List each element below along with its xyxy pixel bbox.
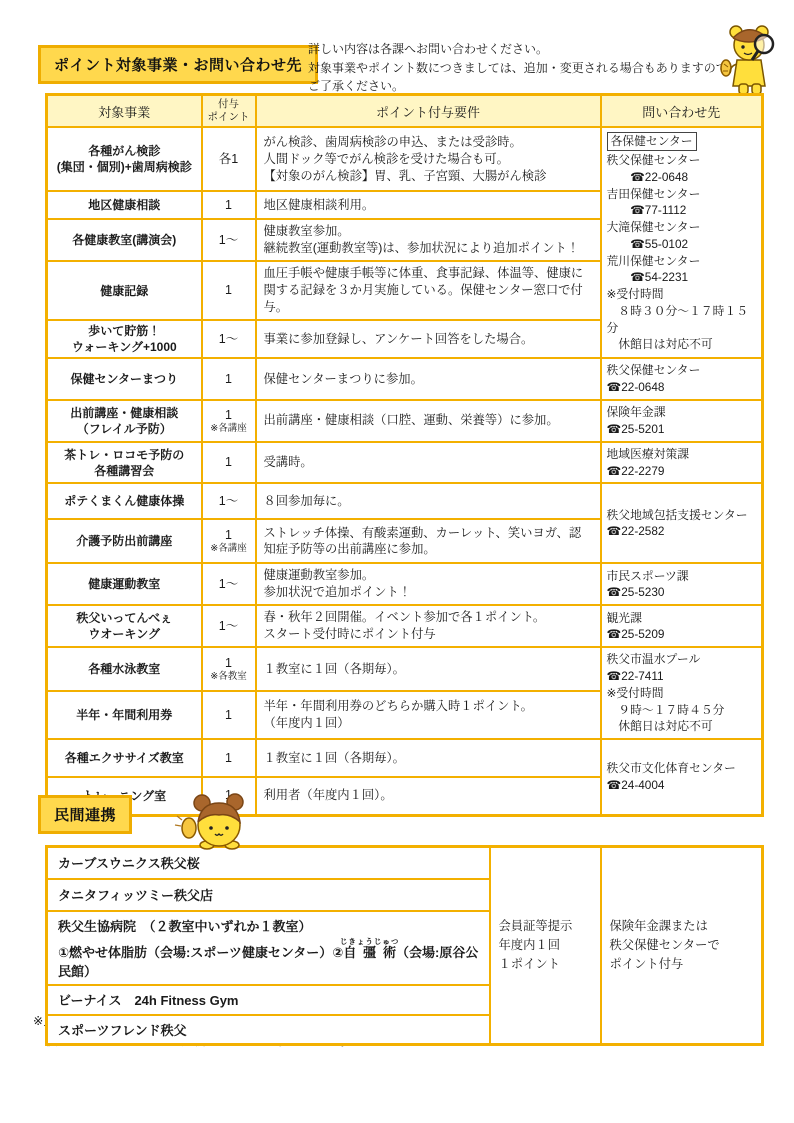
points-value: 1 [225,656,232,670]
points-cell: 1～ [202,219,256,261]
points-cell: 1 ※各講座 [202,400,256,442]
business-name: 茶トレ・ロコモ予防の 各種講習会 [47,442,202,484]
business-name: 各種エクササイズ教室 [47,739,202,777]
points-cell: 1 [202,739,256,777]
contact-cell: 市民スポーツ課 ☎25-5230 [601,563,763,605]
points-value: 1 [225,198,232,212]
partner-ruby-base: 自彊術 [340,945,399,960]
table-header-row: 対象事業 付与 ポイント ポイント付与要件 問い合わせ先 [47,95,763,128]
points-value: 1 [225,283,232,297]
section-title-private-partnership: 民間連携 [38,795,132,834]
partner-condition-cell: 会員証等提示 年度内１回 １ポイント [490,847,601,1045]
partner-name: ビーナイス 24h Fitness Gym [47,985,490,1015]
partner-detail-pre: ①燃やせ体脂肪（会場:スポーツ健康センター）② [58,945,343,960]
partner-name: タニタフィッツミー秩父店 [47,879,490,911]
business-name: 各種水泳教室 [47,647,202,691]
requirement-cell: がん検診、歯周病検診の申込、または受診時。 人間ドック等でがん検診を受けた場合も… [256,127,601,191]
business-name: 健康運動教室 [47,563,202,605]
requirement-cell: ８回参加毎に。 [256,483,601,519]
points-value: 1 [225,408,232,422]
requirement-cell: 健康教室参加。 継続教室(運動教室等)は、参加状況により追加ポイント！ [256,219,601,261]
points-cell: 1～ [202,605,256,647]
section-title-points-programs: ポイント対象事業・お問い合わせ先 [38,45,318,84]
partner-row: カーブスウニクス秩父桜 会員証等提示 年度内１回 １ポイント 保険年金課または … [47,847,763,879]
requirement-cell: １教室に１回（各期毎）。 [256,647,601,691]
table-row: 保健センターまつり 1 保健センターまつりに参加。 秩父保健センター ☎22-0… [47,358,763,400]
points-value: 1 [225,455,232,469]
col-header-points: 付与 ポイント [202,95,256,128]
points-cell: 1 [202,442,256,484]
requirement-cell: 地区健康相談利用。 [256,191,601,219]
points-cell: 1 [202,261,256,320]
table-row: ポテくまくん健康体操 1～ ８回参加毎に。 秩父地域包括支援センター ☎22-2… [47,483,763,519]
partner-ruby-word: 自彊術じきょうじゅつ [343,945,396,960]
points-cell: 1 [202,191,256,219]
requirement-cell: 受講時。 [256,442,601,484]
partner-detail-line: ①燃やせ体脂肪（会場:スポーツ健康センター）②自彊術じきょうじゅつ（会場:原谷公… [58,937,479,980]
points-note: ※各講座 [203,543,255,554]
table-row: 茶トレ・ロコモ予防の 各種講習会 1 受講時。 地域医療対策課 ☎22-2279 [47,442,763,484]
points-cell: 1 [202,358,256,400]
partner-name: 秩父生協病院 （２教室中いずれか１教室） [58,916,479,935]
points-note: ※各教室 [203,671,255,682]
table-row: 秩父いってんべぇ ウオーキング 1～ 春・秋年２回開催。イベント参加で各１ポイン… [47,605,763,647]
points-value: 1～ [219,233,238,247]
points-value: 1 [225,372,232,386]
points-value: 1 [225,528,232,542]
contact-cell: 秩父市温水プール ☎22-7411 ※受付時間 ９時～１７時４５分 休館日は対応… [601,647,763,739]
table-row: 各種がん検診 (集団・個別)+歯周病検診 各1 がん検診、歯周病検診の申込、また… [47,127,763,191]
points-value: 1～ [219,619,238,633]
points-note: ※各講座 [203,423,255,434]
business-name: 介護予防出前講座 [47,519,202,563]
business-name: 各健康教室(講演会) [47,219,202,261]
partner-table: カーブスウニクス秩父桜 会員証等提示 年度内１回 １ポイント 保険年金課または … [45,845,764,1046]
col-header-business: 対象事業 [47,95,202,128]
business-name: 保健センターまつり [47,358,202,400]
points-value: 1～ [219,332,238,346]
contact-cell: 秩父地域包括支援センター ☎22-2582 [601,483,763,563]
points-value: 1～ [219,577,238,591]
points-cell: 各1 [202,127,256,191]
mascot-bear-peeking-icon [172,792,258,850]
requirement-cell: １教室に１回（各期毎）。 [256,739,601,777]
business-name: 秩父いってんべぇ ウオーキング [47,605,202,647]
requirement-cell: 出前講座・健康相談（口腔、運動、栄養等）に参加。 [256,400,601,442]
requirement-cell: 半年・年間利用券のどちらか購入時１ポイント。 （年度内１回） [256,691,601,739]
intro-note: 詳しい内容は各課へお問い合わせください。 対象事業やポイント数につきましては、追… [308,40,728,96]
points-value: 各1 [219,152,238,166]
business-name: 地区健康相談 [47,191,202,219]
requirement-cell: 春・秋年２回開催。イベント参加で各１ポイント。 スタート受付時にポイント付与 [256,605,601,647]
flyer-page: { "colors": { "accent_border": "#F3B000"… [0,0,794,1123]
points-value: 1～ [219,494,238,508]
table-row: 各種水泳教室 1 ※各教室 １教室に１回（各期毎）。 秩父市温水プール ☎22-… [47,647,763,691]
points-cell: 1～ [202,320,256,358]
contact-cell-health-centers: 各保健センター 秩父保健センター ☎22-0648 吉田保健センター ☎77-1… [601,127,763,358]
col-header-requirement: ポイント付与要件 [256,95,601,128]
contact-cell: 地域医療対策課 ☎22-2279 [601,442,763,484]
business-name: ポテくまくん健康体操 [47,483,202,519]
partner-grant-cell: 保険年金課または 秩父保健センターで ポイント付与 [601,847,763,1045]
requirement-cell: 保健センターまつりに参加。 [256,358,601,400]
business-name: 半年・年間利用券 [47,691,202,739]
requirement-cell: 血圧手帳や健康手帳等に体重、食事記録、体温等、健康に関する記録を３か月実施してい… [256,261,601,320]
partner-name: カーブスウニクス秩父桜 [47,847,490,879]
requirement-cell: 事業に参加登録し、アンケート回答をした場合。 [256,320,601,358]
contact-cell: 秩父市文化体育センター ☎24-4004 [601,739,763,815]
points-value: 1 [225,708,232,722]
points-cell: 1～ [202,563,256,605]
table-row: 出前講座・健康相談 （フレイル予防） 1 ※各講座 出前講座・健康相談（口腔、運… [47,400,763,442]
col-header-contact: 問い合わせ先 [601,95,763,128]
contact-label-boxed: 各保健センター [607,132,697,151]
business-name: 各種がん検診 (集団・個別)+歯周病検診 [47,127,202,191]
business-name: 歩いて貯筋！ ウォーキング+1000 [47,320,202,358]
points-value: 1 [225,751,232,765]
partner-name-with-detail: 秩父生協病院 （２教室中いずれか１教室） ①燃やせ体脂肪（会場:スポーツ健康セン… [47,911,490,985]
points-program-table: 対象事業 付与 ポイント ポイント付与要件 問い合わせ先 各種がん検診 (集団・… [45,93,764,817]
points-cell: 1 ※各教室 [202,647,256,691]
table-row: 健康運動教室 1～ 健康運動教室参加。 参加状況で追加ポイント！ 市民スポーツ課… [47,563,763,605]
contact-cell: 秩父保健センター ☎22-0648 [601,358,763,400]
requirement-cell: 利用者（年度内１回）。 [256,777,601,815]
contact-cell: 観光課 ☎25-5209 [601,605,763,647]
partner-name: スポーツフレンド秩父 [47,1015,490,1045]
table-row: 各種エクササイズ教室 1 １教室に１回（各期毎）。 秩父市文化体育センター ☎2… [47,739,763,777]
mascot-bear-magnifier-icon [714,20,788,96]
partner-ruby-furigana: じきょうじゅつ [340,937,400,946]
contact-text: 秩父保健センター ☎22-0648 吉田保健センター ☎77-1112 大滝保健… [607,152,757,353]
requirement-cell: ストレッチ体操、有酸素運動、カーレット、笑いヨガ、認知症予防等の出前講座に参加。 [256,519,601,563]
points-cell: 1 ※各講座 [202,519,256,563]
points-cell: 1 [202,691,256,739]
business-name: 出前講座・健康相談 （フレイル予防） [47,400,202,442]
points-cell: 1～ [202,483,256,519]
requirement-cell: 健康運動教室参加。 参加状況で追加ポイント！ [256,563,601,605]
contact-cell: 保険年金課 ☎25-5201 [601,400,763,442]
business-name: 健康記録 [47,261,202,320]
